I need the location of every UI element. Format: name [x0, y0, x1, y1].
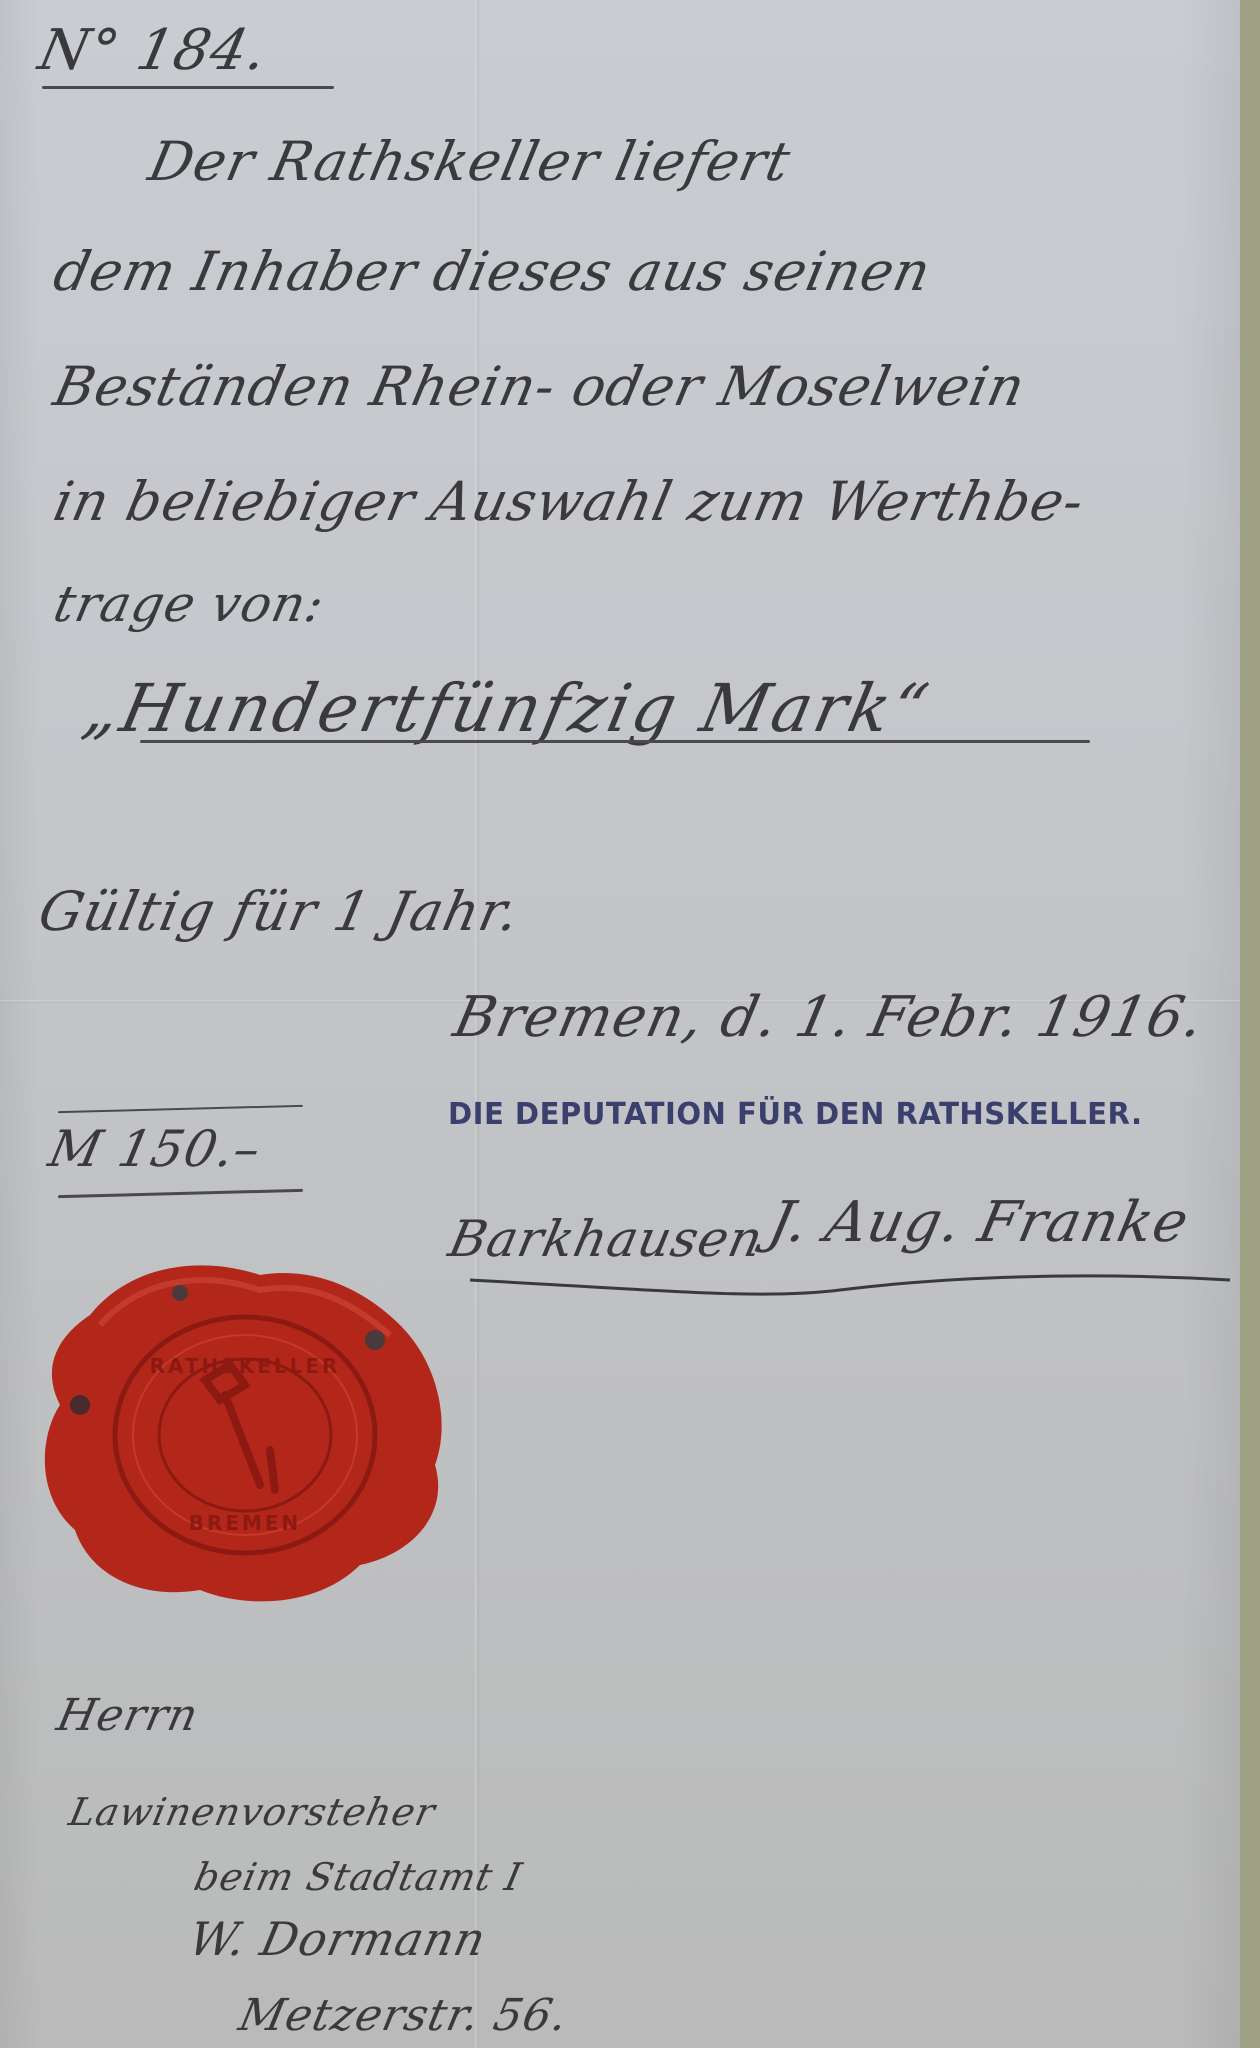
addressee-office: beim Stadtamt I — [190, 1855, 526, 1899]
svg-text:RATHSKELLER: RATHSKELLER — [150, 1354, 341, 1378]
deputation-stamp: DIE DEPUTATION FÜR DEN RATHSKELLER. — [448, 1097, 1143, 1132]
voucher-number: N° 184. — [33, 18, 273, 83]
validity-text: Gültig für 1 Jahr. — [33, 880, 525, 943]
addressee-salutation: Herrn — [53, 1690, 204, 1741]
body-line-4: in beliebiger Auswahl zum Werthbe- — [48, 470, 1090, 533]
amount-in-words: „Hundertfünfzig Mark“ — [77, 670, 938, 747]
body-line-2: dem Inhaber dieses aus seinen — [48, 240, 937, 303]
body-line-5: trage von: — [49, 575, 330, 633]
addressee-name: W. Dormann — [184, 1912, 491, 1966]
body-line-1: Der Rathskeller liefert — [143, 130, 796, 193]
number-underline — [42, 86, 334, 89]
signature-flourish — [460, 1260, 1240, 1320]
wax-seal: RATHSKELLER BREMEN — [30, 1255, 450, 1615]
background-surface — [1240, 0, 1260, 2048]
amount-underline — [140, 740, 1090, 743]
addressee-street: Metzerstr. 56. — [235, 1990, 573, 2041]
addressee-title: Lawinenvorsteher — [65, 1790, 439, 1834]
place-date: Bremen, d. 1. Febr. 1916. — [448, 985, 1210, 1050]
body-line-3: Beständen Rhein- oder Moselwein — [48, 355, 1031, 418]
svg-text:BREMEN: BREMEN — [189, 1511, 302, 1535]
signature-2: J. Aug. Franke — [763, 1190, 1195, 1255]
amount-figure: M 150.– — [44, 1120, 267, 1178]
